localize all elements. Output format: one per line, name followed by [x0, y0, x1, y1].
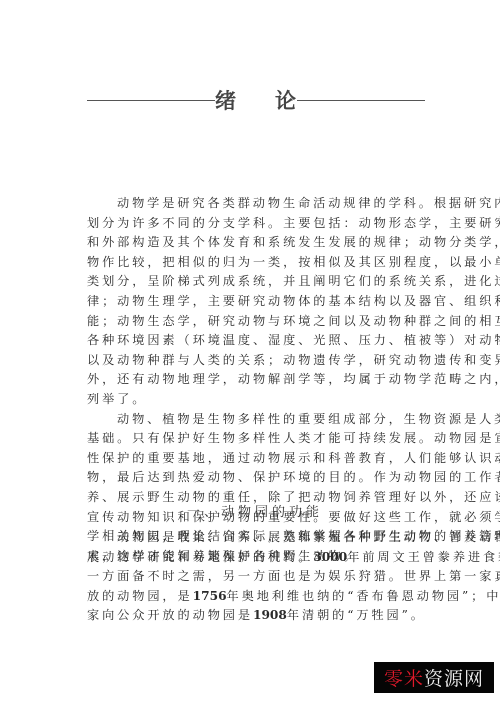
chapter-title: 绪 论: [87, 88, 425, 114]
text-line: 类划分，呈阶梯式列成系统，并且阐明它们的系统关系，进化过程和发展规: [87, 272, 423, 292]
text-line: 外，还有动物地理学，动物解剖学等，均属于动物学范畴之内，在此不一一: [87, 370, 423, 390]
text-segment: 展动物学研究和易地保护的机构。: [87, 550, 313, 564]
year-number: 1756: [193, 589, 227, 603]
watermark-red-text: 零米: [384, 664, 424, 691]
section-heading: 一、动物园的功能: [87, 501, 423, 520]
title-char-1: 绪: [215, 88, 236, 114]
text-segment: 年前周文王曾豢养进食剩余的野兽，: [347, 550, 500, 564]
text-line: 划分为许多不同的分支学科。主要包括：动物形态学，主要研究动物的内部: [87, 214, 423, 234]
book-page: 绪 论 动物学是研究各类群动物生命活动规律的学科。根据研究内容的不同而 划分为许…: [0, 0, 500, 706]
text-line: 和外部构造及其个体发育和系统发生发展的规律；动物分类学，将各类群动: [87, 233, 423, 253]
text-line: 律；动物生理学，主要研究动物体的基本结构以及器官、组织和系统的机: [87, 292, 423, 312]
watermark-logo: 零米资源网: [374, 662, 494, 693]
watermark-white-text: 资源网: [424, 664, 484, 691]
text-line: 性保护的重要基地，通过动物展示和科普教育，人们能够认识动物，了解动: [87, 449, 423, 469]
text-line: 基础。只有保护好生物多样性人类才能可持续发展。动物园是宣传生物多样: [87, 429, 423, 449]
section-1-text: 动物园是收集、饲养、展览和繁殖各种野生动物、普及动物学知识，开 展动物学研究和易…: [87, 528, 423, 626]
title-rule-left: [87, 100, 215, 101]
year-number: 1908: [253, 608, 287, 622]
paragraph-1: 动物学是研究各类群动物生命活动规律的学科。根据研究内容的不同而 划分为许多不同的…: [87, 194, 423, 410]
text-line: 动物、植物是生物多样性的重要组成部分，生物资源是人类赖以生存的: [87, 410, 423, 430]
text-line: 以及动物种群与人类的关系；动物遗传学，研究动物遗传和变异的规律。此: [87, 351, 423, 371]
title-char-2: 论: [275, 88, 296, 114]
text-segment: 年奥地利维也纳的“香布鲁恩动物园”；中国的第一: [227, 589, 500, 603]
text-line: 物作比较，把相似的归为一类，按相似及其区别程度，以最小单元逐渐向大: [87, 253, 423, 273]
text-segment: 放的动物园，是: [87, 589, 193, 603]
text-line: 各种环境因素（环境温度、湿度、光照、压力、植被等）对动物体的影响，: [87, 331, 423, 351]
text-line: 放的动物园，是1756年奥地利维也纳的“香布鲁恩动物园”；中国的第一: [87, 587, 423, 607]
text-line: 一方面备不时之需，另一方面也是为娱乐狩猎。世界上第一家真正向公众开: [87, 567, 423, 587]
text-line: 列举了。: [87, 390, 423, 410]
year-number: 3000: [313, 550, 347, 564]
text-segment: 年清朝的“万牲园”。: [287, 608, 426, 622]
text-line: 物，最后达到热爱动物、保护环境的目的。作为动物园的工作者，担负着饲: [87, 468, 423, 488]
title-rule-right: [297, 100, 425, 101]
text-line: 家向公众开放的动物园是1908年清朝的“万牲园”。: [87, 606, 423, 626]
text-line: 动物学是研究各类群动物生命活动规律的学科。根据研究内容的不同而: [87, 194, 423, 214]
text-line: 展动物学研究和易地保护的机构。3000年前周文王曾豢养进食剩余的野兽，: [87, 548, 423, 568]
text-line: 动物园是收集、饲养、展览和繁殖各种野生动物、普及动物学知识，开: [87, 528, 423, 548]
text-line: 能；动物生态学，研究动物与环境之间以及动物种群之间的相互关系，包括: [87, 312, 423, 332]
text-segment: 家向公众开放的动物园是: [87, 608, 253, 622]
